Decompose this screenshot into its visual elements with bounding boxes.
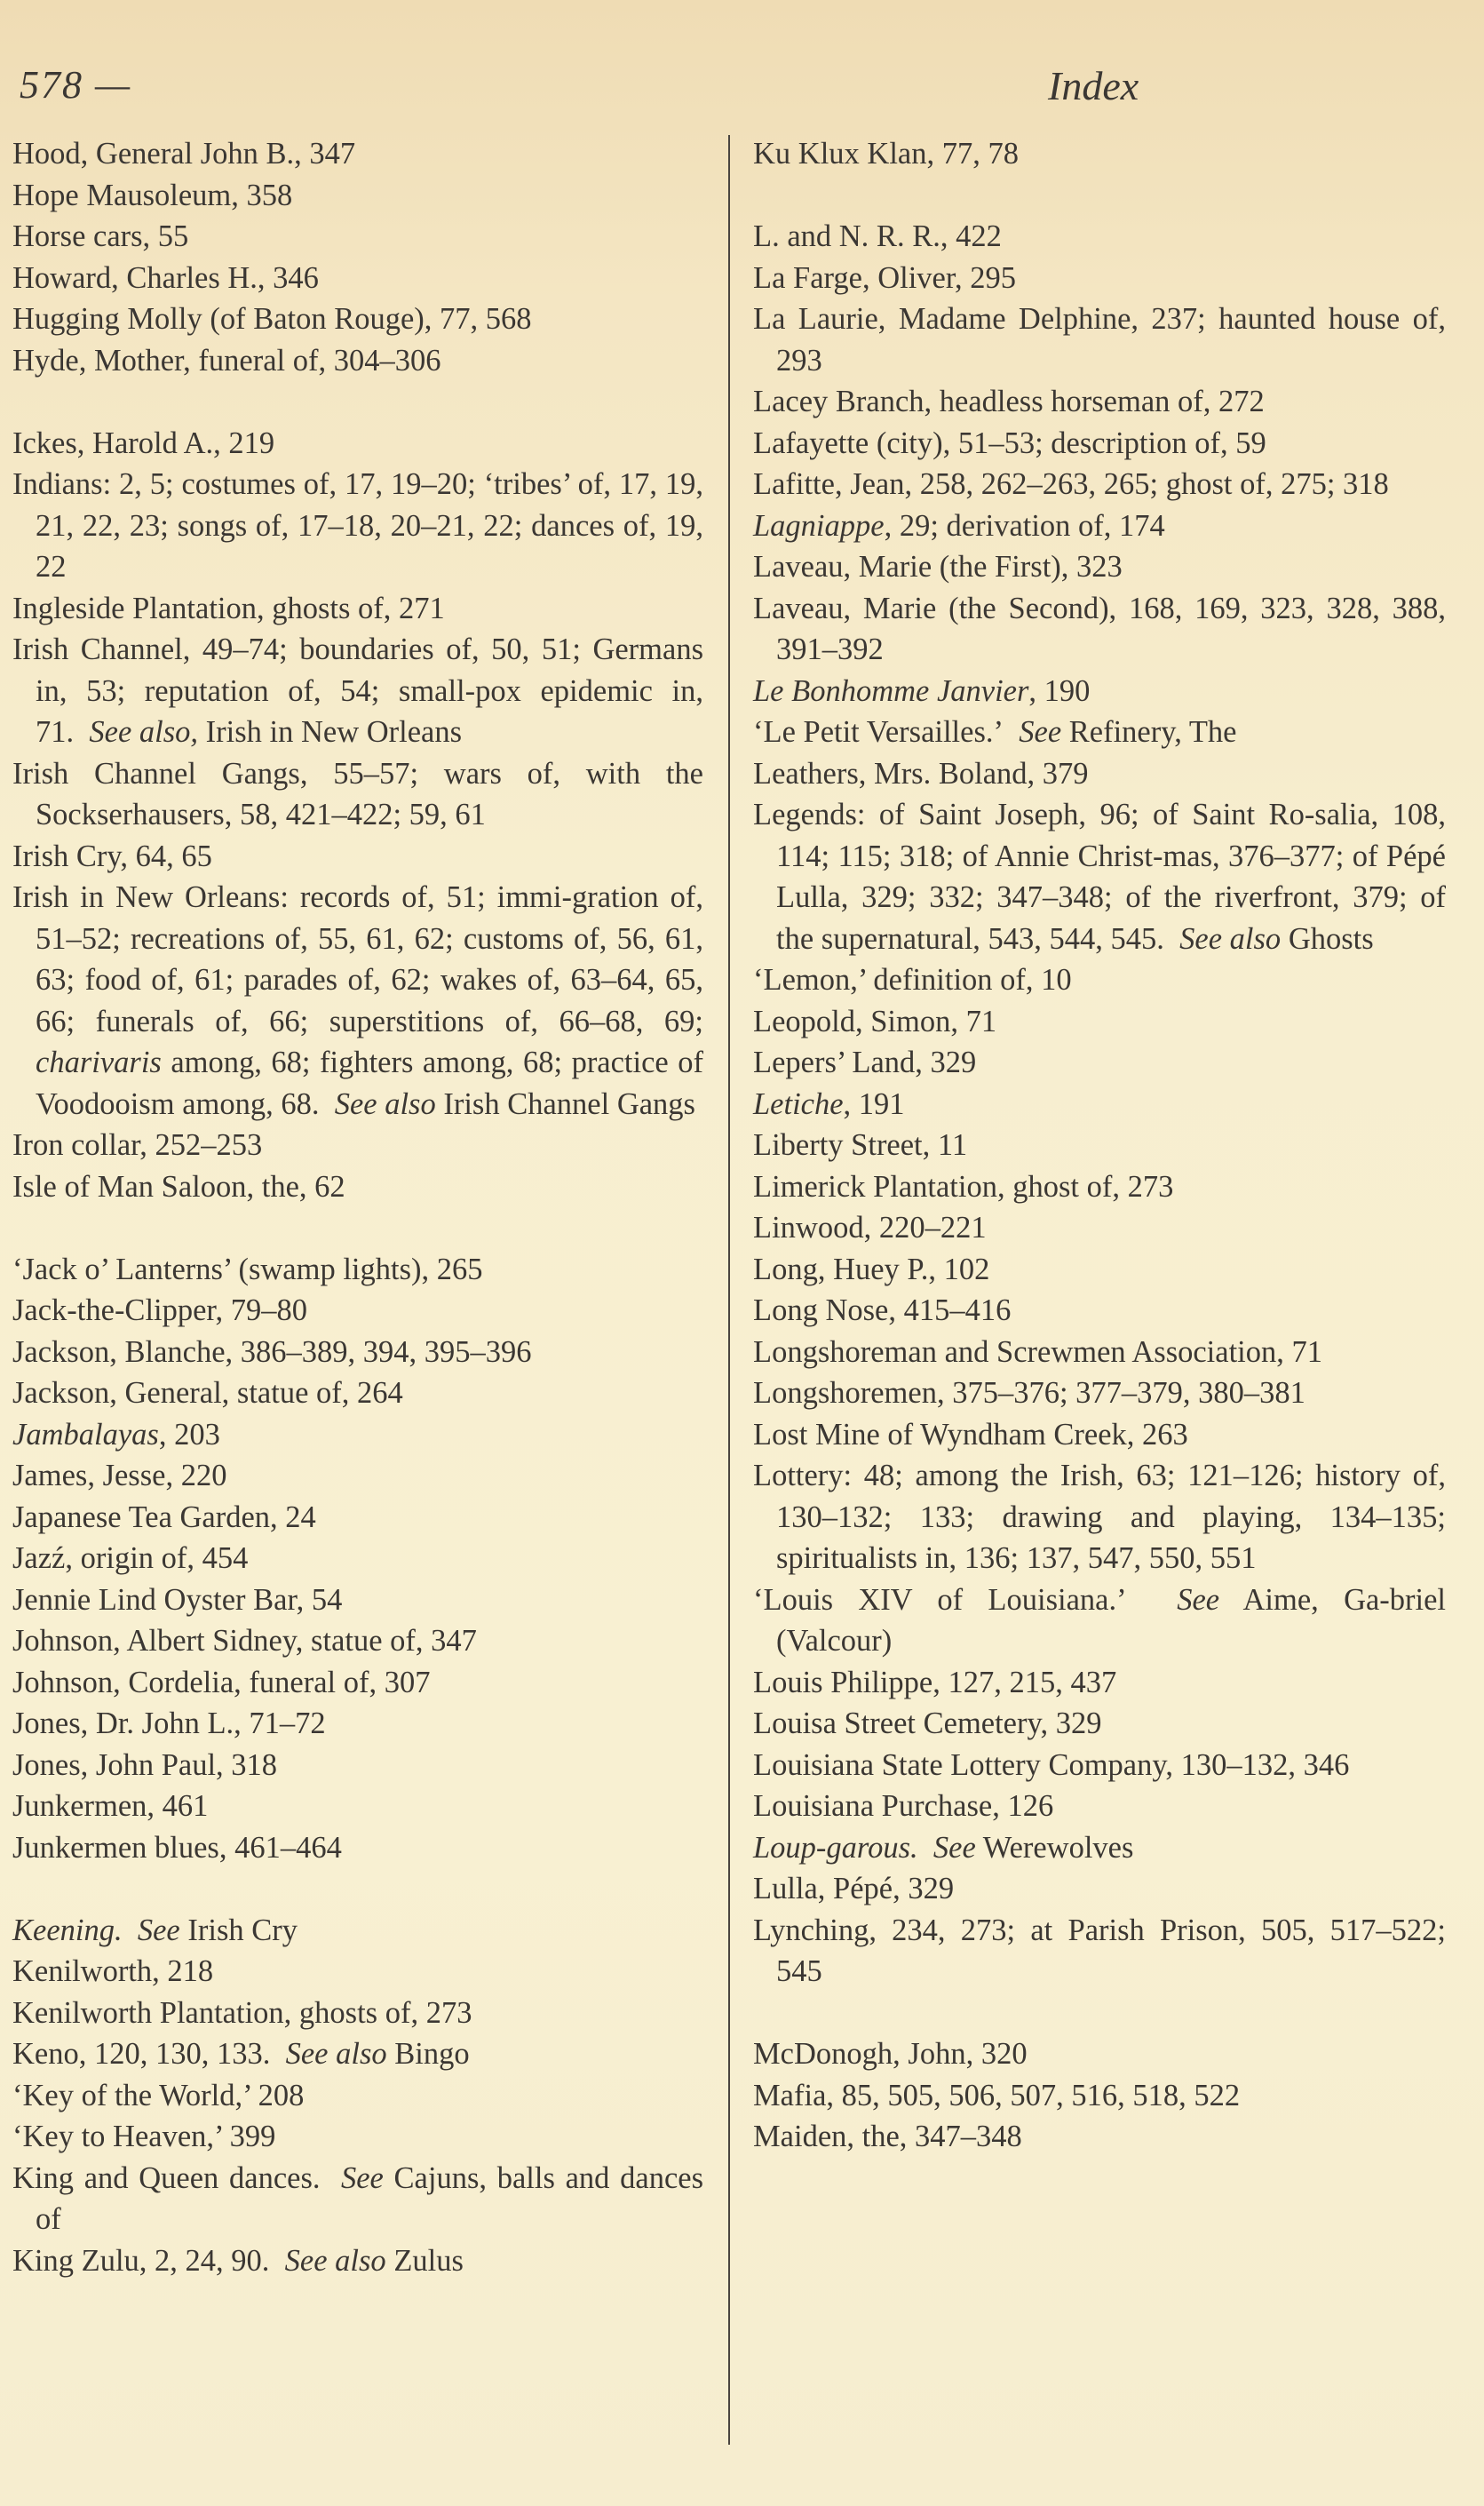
entry-text: Irish Channel Gangs, 55–57; wars of, wit… [12, 757, 703, 832]
index-entry: Leopold, Simon, 71 [753, 1001, 1446, 1043]
entry-text: Keno, 120, 130, 133. [12, 2037, 270, 2071]
entry-text: Kenilworth, 218 [12, 1954, 213, 1988]
entry-text: Jones, Dr. John L., 71–72 [12, 1706, 326, 1740]
cross-reference: Irish in New Orleans [198, 715, 462, 749]
index-column-left: Hood, General John B., 347Hope Mausoleum… [12, 133, 703, 2281]
index-entry: Keening. See Irish Cry [12, 1910, 703, 1952]
index-entry: Long Nose, 415–416 [753, 1290, 1446, 1332]
entry-text: ‘Key of the World,’ 208 [12, 2079, 304, 2112]
running-head: Index [1048, 62, 1139, 109]
index-entry: ‘Louis XIV of Louisiana.’ See Aime, Ga-b… [753, 1579, 1446, 1662]
entry-text: Hood, General John B., 347 [12, 137, 355, 171]
index-entry: Jack-the-Clipper, 79–80 [12, 1290, 703, 1332]
entry-text: ‘Key to Heaven,’ 399 [12, 2120, 275, 2153]
entry-text: Maiden, the, 347–348 [753, 2120, 1022, 2153]
index-entry: Letiche, 191 [753, 1084, 1446, 1126]
index-entry: Horse cars, 55 [12, 216, 703, 258]
see-reference: See [341, 2161, 384, 2195]
entry-text: Johnson, Cordelia, funeral of, 307 [12, 1666, 430, 1699]
index-entry: Jazź, origin of, 454 [12, 1538, 703, 1579]
entry-text: ‘Jack o’ Lanterns’ (swamp lights), 265 [12, 1253, 483, 1286]
entry-text: Hugging Molly (of Baton Rouge), 77, 568 [12, 302, 532, 336]
entry-text: Longshoremen, 375–376; 377–379, 380–381 [753, 1376, 1305, 1410]
entry-text: Lepers’ Land, 329 [753, 1046, 976, 1079]
see-reference: See also, [89, 715, 198, 749]
italic-term: Loup-garous. [753, 1831, 918, 1865]
see-reference: See [933, 1831, 976, 1865]
entry-text: Junkermen, 461 [12, 1789, 208, 1823]
entry-text: King and Queen dances. [12, 2161, 321, 2195]
index-entry: Jackson, Blanche, 386–389, 394, 395–396 [12, 1332, 703, 1373]
letter-section-gap [12, 1207, 703, 1249]
index-entry: Mafia, 85, 505, 506, 507, 516, 518, 522 [753, 2075, 1446, 2117]
index-entry: ‘Jack o’ Lanterns’ (swamp lights), 265 [12, 1249, 703, 1291]
see-reference: See [138, 1913, 180, 1947]
index-entry: Irish Channel Gangs, 55–57; wars of, wit… [12, 753, 703, 836]
index-entry: Legends: of Saint Joseph, 96; of Saint R… [753, 794, 1446, 959]
cross-reference: Werewolves [976, 1831, 1134, 1865]
cross-reference: Zulus [386, 2244, 464, 2278]
entry-text: Junkermen blues, 461–464 [12, 1831, 342, 1865]
index-entry: Lafayette (city), 51–53; description of,… [753, 423, 1446, 465]
page-header: 578 — Index [20, 62, 1484, 115]
index-entry: Ku Klux Klan, 77, 78 [753, 133, 1446, 175]
index-entry: Junkermen blues, 461–464 [12, 1827, 703, 1869]
page-number: 578 — [20, 62, 131, 107]
entry-text: Lost Mine of Wyndham Creek, 263 [753, 1418, 1188, 1452]
italic-term: Le Bonhomme Janvier [753, 674, 1028, 708]
entry-text: Louisiana Purchase, 126 [753, 1789, 1053, 1823]
see-reference: See also [286, 2037, 387, 2071]
index-entry: Jennie Lind Oyster Bar, 54 [12, 1579, 703, 1621]
entry-text: , 191 [844, 1087, 905, 1121]
index-entry: Lottery: 48; among the Irish, 63; 121–12… [753, 1455, 1446, 1579]
entry-text: Long Nose, 415–416 [753, 1293, 1011, 1327]
entry-text: Leopold, Simon, 71 [753, 1005, 996, 1038]
index-entry: Linwood, 220–221 [753, 1207, 1446, 1249]
index-column-right: Ku Klux Klan, 77, 78L. and N. R. R., 422… [753, 133, 1446, 2158]
entry-text: Leathers, Mrs. Boland, 379 [753, 757, 1089, 791]
entry-text: Linwood, 220–221 [753, 1211, 987, 1245]
letter-section-gap [12, 1868, 703, 1910]
index-entry: King Zulu, 2, 24, 90. See also Zulus [12, 2240, 703, 2282]
index-entry: ‘Key to Heaven,’ 399 [12, 2116, 703, 2158]
entry-text: Irish in New Orleans: records of, 51; im… [12, 880, 703, 1038]
index-entry: Johnson, Albert Sidney, statue of, 347 [12, 1620, 703, 1662]
italic-term: Lagniappe [753, 509, 885, 543]
entry-text: Jones, John Paul, 318 [12, 1748, 277, 1782]
index-entry: Jackson, General, statue of, 264 [12, 1372, 703, 1414]
italic-term: Jambalayas [12, 1418, 159, 1452]
entry-text: Limerick Plantation, ghost of, 273 [753, 1170, 1173, 1204]
entry-text: Louisa Street Cemetery, 329 [753, 1706, 1102, 1740]
index-entry: Lulla, Pépé, 329 [753, 1868, 1446, 1910]
entry-text: Laveau, Marie (the Second), 168, 169, 32… [753, 592, 1446, 667]
letter-section-gap [12, 381, 703, 423]
index-entry: Maiden, the, 347–348 [753, 2116, 1446, 2158]
entry-text: Ingleside Plantation, ghosts of, 271 [12, 592, 445, 625]
entry-text: Jackson, General, statue of, 264 [12, 1376, 403, 1410]
entry-text: Horse cars, 55 [12, 219, 188, 253]
index-entry: Loup-garous. See Werewolves [753, 1827, 1446, 1869]
index-entry: Howard, Charles H., 346 [12, 258, 703, 299]
entry-text: Ickes, Harold A., 219 [12, 426, 274, 460]
entry-text: ‘Louis XIV of Louisiana.’ [753, 1583, 1127, 1617]
index-entry: Irish in New Orleans: records of, 51; im… [12, 877, 703, 1125]
column-divider [728, 135, 730, 2445]
cross-reference: Irish Cry [180, 1913, 298, 1947]
entry-text: Kenilworth Plantation, ghosts of, 273 [12, 1996, 472, 2030]
entry-text: Johnson, Albert Sidney, statue of, 347 [12, 1624, 477, 1658]
see-reference: See also [335, 1087, 436, 1121]
index-entry: King and Queen dances. See Cajuns, balls… [12, 2158, 703, 2240]
entry-text: Jazź, origin of, 454 [12, 1541, 248, 1575]
index-entry: La Farge, Oliver, 295 [753, 258, 1446, 299]
index-entry: Louisiana Purchase, 126 [753, 1786, 1446, 1827]
entry-text: King Zulu, 2, 24, 90. [12, 2244, 269, 2278]
italic-term: Keening. [12, 1913, 123, 1947]
cross-reference: Bingo [387, 2037, 470, 2071]
index-entry: Le Bonhomme Janvier, 190 [753, 671, 1446, 712]
index-entry: Irish Channel, 49–74; boundaries of, 50,… [12, 629, 703, 753]
index-entry: Hyde, Mother, funeral of, 304–306 [12, 340, 703, 382]
cross-reference: Irish Channel Gangs [436, 1087, 695, 1121]
entry-text: Irish Cry, 64, 65 [12, 839, 212, 873]
see-reference: See [1177, 1583, 1219, 1617]
entry-text: Jackson, Blanche, 386–389, 394, 395–396 [12, 1335, 532, 1369]
index-entry: Longshoreman and Screwmen Association, 7… [753, 1332, 1446, 1373]
index-entry: James, Jesse, 220 [12, 1455, 703, 1497]
entry-text: Lacey Branch, headless horseman of, 272 [753, 385, 1265, 418]
index-entry: Louisiana State Lottery Company, 130–132… [753, 1745, 1446, 1786]
index-entry: Ickes, Harold A., 219 [12, 423, 703, 465]
index-entry: Indians: 2, 5; costumes of, 17, 19–20; ‘… [12, 464, 703, 588]
index-entry: Jones, John Paul, 318 [12, 1745, 703, 1786]
index-entry: Laveau, Marie (the First), 323 [753, 546, 1446, 588]
index-entry: Lacey Branch, headless horseman of, 272 [753, 381, 1446, 423]
index-entry: Liberty Street, 11 [753, 1125, 1446, 1166]
entry-text: Jennie Lind Oyster Bar, 54 [12, 1583, 342, 1617]
index-entry: La Laurie, Madame Delphine, 237; haunted… [753, 298, 1446, 381]
entry-text: Lafayette (city), 51–53; description of,… [753, 426, 1266, 460]
entry-text: Ku Klux Klan, 77, 78 [753, 137, 1019, 171]
index-entry: Louisa Street Cemetery, 329 [753, 1703, 1446, 1745]
letter-section-gap [753, 1993, 1446, 2034]
cross-reference: Ghosts [1281, 922, 1373, 956]
index-entry: Laveau, Marie (the Second), 168, 169, 32… [753, 588, 1446, 671]
entry-text: Isle of Man Saloon, the, 62 [12, 1170, 345, 1204]
index-entry: Keno, 120, 130, 133. See also Bingo [12, 2033, 703, 2075]
index-entry: Limerick Plantation, ghost of, 273 [753, 1166, 1446, 1208]
see-reference: See [1019, 715, 1061, 749]
index-entry: Lynching, 234, 273; at Parish Prison, 50… [753, 1910, 1446, 1993]
index-entry: Hugging Molly (of Baton Rouge), 77, 568 [12, 298, 703, 340]
entry-text: James, Jesse, 220 [12, 1459, 226, 1492]
index-entry: Isle of Man Saloon, the, 62 [12, 1166, 703, 1208]
index-entry: Kenilworth, 218 [12, 1951, 703, 1993]
index-entry: Lepers’ Land, 329 [753, 1042, 1446, 1084]
entry-text: La Farge, Oliver, 295 [753, 261, 1016, 295]
index-entry: Leathers, Mrs. Boland, 379 [753, 753, 1446, 795]
entry-text: Mafia, 85, 505, 506, 507, 516, 518, 522 [753, 2079, 1240, 2112]
index-entry: Junkermen, 461 [12, 1786, 703, 1827]
index-entry: Johnson, Cordelia, funeral of, 307 [12, 1662, 703, 1704]
entry-text: , 190 [1028, 674, 1090, 708]
entry-text: Laveau, Marie (the First), 323 [753, 550, 1123, 584]
entry-text: Indians: 2, 5; costumes of, 17, 19–20; ‘… [12, 467, 703, 584]
index-entry: Irish Cry, 64, 65 [12, 836, 703, 878]
entry-text: Lottery: 48; among the Irish, 63; 121–12… [753, 1459, 1446, 1575]
see-reference: See also [285, 2244, 386, 2278]
entry-text: Japanese Tea Garden, 24 [12, 1500, 316, 1534]
index-entry: Longshoremen, 375–376; 377–379, 380–381 [753, 1372, 1446, 1414]
entry-text: Liberty Street, 11 [753, 1128, 967, 1162]
index-entry: Jambalayas, 203 [12, 1414, 703, 1456]
index-entry: Hope Mausoleum, 358 [12, 175, 703, 217]
entry-text: Iron collar, 252–253 [12, 1128, 262, 1162]
entry-text: L. and N. R. R., 422 [753, 219, 1002, 253]
index-entry: Louis Philippe, 127, 215, 437 [753, 1662, 1446, 1704]
index-entry: L. and N. R. R., 422 [753, 216, 1446, 258]
index-entry: ‘Lemon,’ definition of, 10 [753, 959, 1446, 1001]
italic-term: charivaris [36, 1046, 162, 1079]
letter-section-gap [753, 175, 1446, 217]
index-entry: ‘Key of the World,’ 208 [12, 2075, 703, 2117]
index-entry: Jones, Dr. John L., 71–72 [12, 1703, 703, 1745]
entry-text: McDonogh, John, 320 [753, 2037, 1028, 2071]
entry-text: ‘Le Petit Versailles.’ [753, 715, 1004, 749]
index-entry: Lagniappe, 29; derivation of, 174 [753, 505, 1446, 547]
entry-text: Louis Philippe, 127, 215, 437 [753, 1666, 1116, 1699]
entry-text: Long, Huey P., 102 [753, 1253, 989, 1286]
cross-reference: Refinery, The [1061, 715, 1236, 749]
italic-term: Letiche [753, 1087, 844, 1121]
entry-text: Louisiana State Lottery Company, 130–132… [753, 1748, 1349, 1782]
index-entry: Lafitte, Jean, 258, 262–263, 265; ghost … [753, 464, 1446, 505]
entry-text: ‘Lemon,’ definition of, 10 [753, 963, 1072, 997]
entry-text: Longshoreman and Screwmen Association, 7… [753, 1335, 1322, 1369]
entry-text: , 203 [159, 1418, 220, 1452]
entry-text: Hope Mausoleum, 358 [12, 179, 292, 212]
index-entry: McDonogh, John, 320 [753, 2033, 1446, 2075]
see-reference: See also [1179, 922, 1281, 956]
index-entry: Long, Huey P., 102 [753, 1249, 1446, 1291]
entry-text: , 29; derivation of, 174 [885, 509, 1165, 543]
entry-text: Hyde, Mother, funeral of, 304–306 [12, 344, 440, 378]
entry-text: La Laurie, Madame Delphine, 237; haunted… [753, 302, 1446, 378]
entry-text: Lafitte, Jean, 258, 262–263, 265; ghost … [753, 467, 1389, 501]
index-entry: ‘Le Petit Versailles.’ See Refinery, The [753, 712, 1446, 753]
index-entry: Hood, General John B., 347 [12, 133, 703, 175]
entry-text: Howard, Charles H., 346 [12, 261, 319, 295]
index-entry: Iron collar, 252–253 [12, 1125, 703, 1166]
index-entry: Ingleside Plantation, ghosts of, 271 [12, 588, 703, 630]
entry-text: Lynching, 234, 273; at Parish Prison, 50… [753, 1913, 1446, 1989]
index-entry: Japanese Tea Garden, 24 [12, 1497, 703, 1539]
entry-text: Jack-the-Clipper, 79–80 [12, 1293, 307, 1327]
entry-text: Lulla, Pépé, 329 [753, 1872, 954, 1905]
index-entry: Kenilworth Plantation, ghosts of, 273 [12, 1993, 703, 2034]
index-entry: Lost Mine of Wyndham Creek, 263 [753, 1414, 1446, 1456]
